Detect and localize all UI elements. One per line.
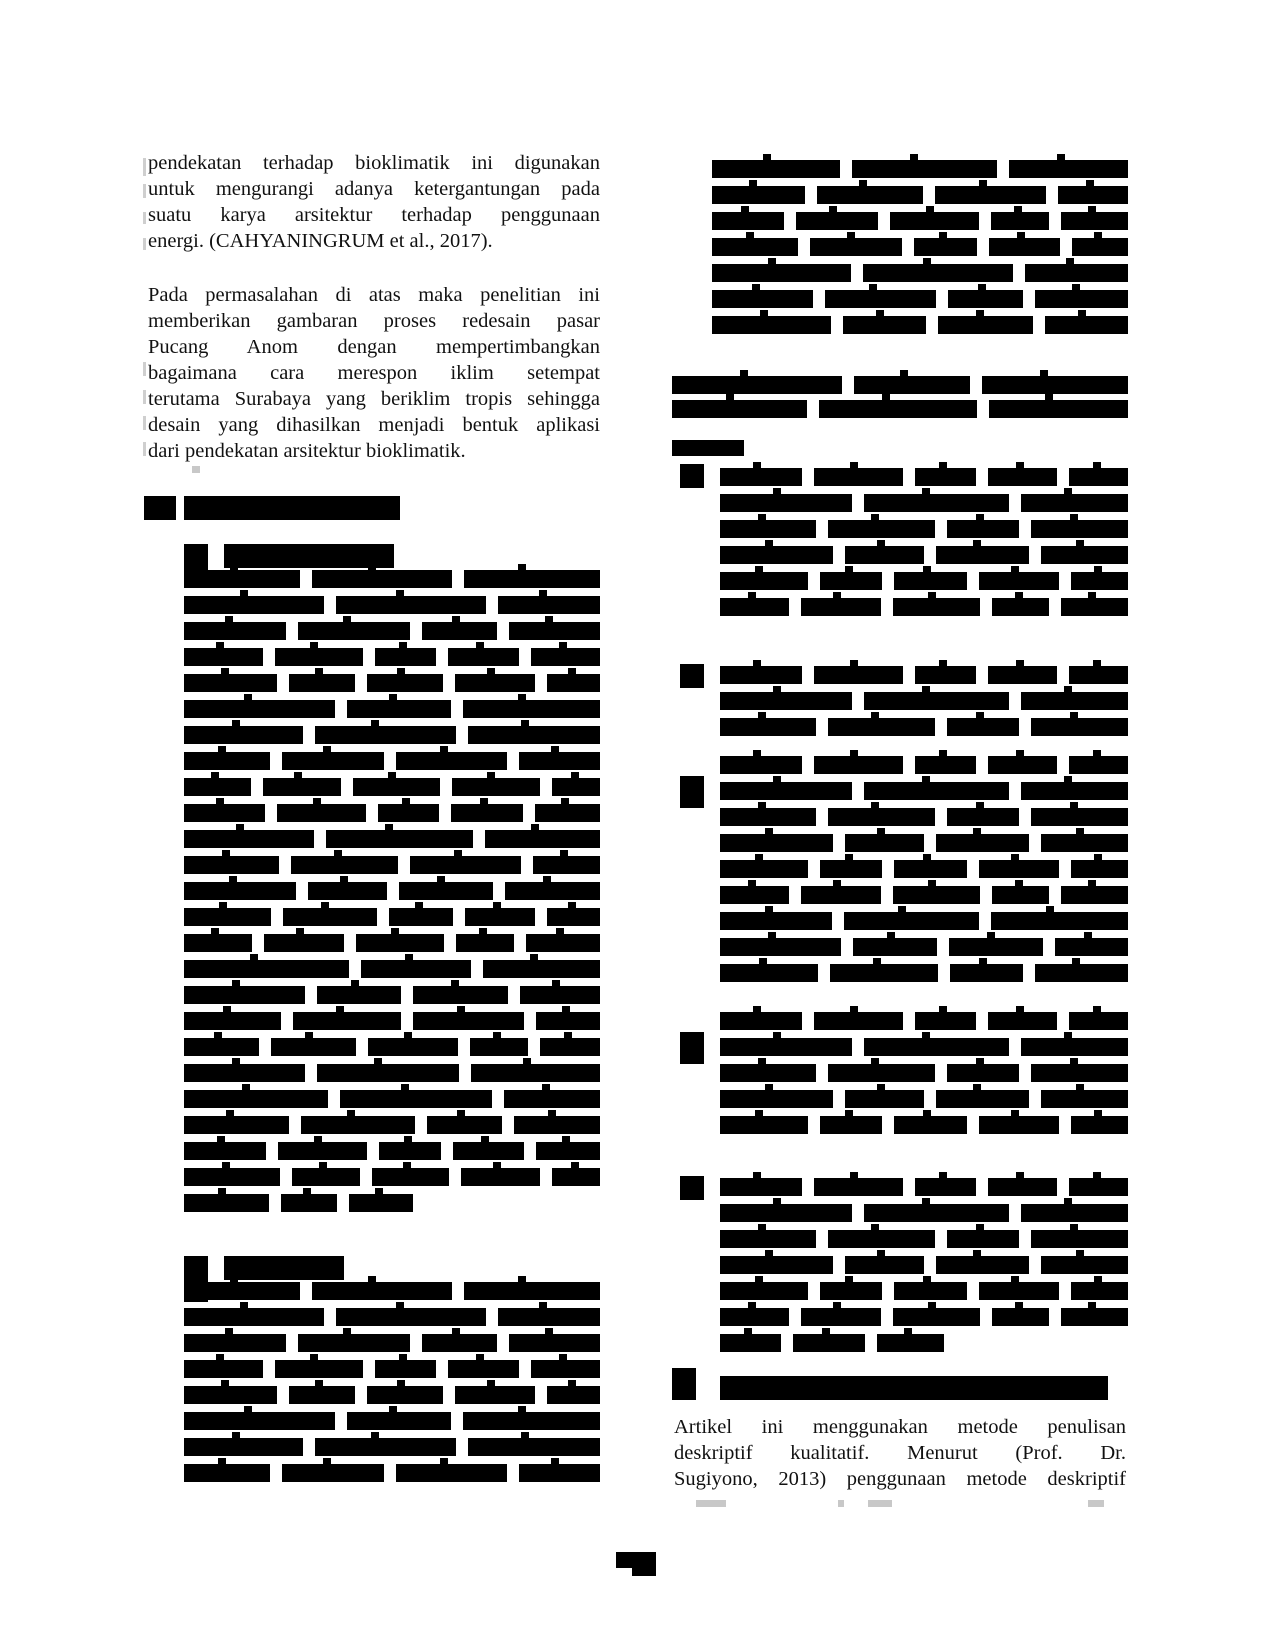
redacted-glyph-tick [973, 1084, 981, 1090]
redacted-glyph-tick [521, 720, 529, 726]
redacted-glyph-tick [1088, 880, 1096, 886]
redacted-glyph-tick [1064, 686, 1072, 692]
redacted-text-segment [520, 986, 600, 1004]
redacted-glyph-tick [873, 958, 881, 964]
redacted-text-segment [184, 1064, 305, 1082]
redacted-text-segment [814, 1012, 903, 1030]
redacted-glyph-tick [845, 566, 853, 572]
redacted-glyph-tick [850, 660, 858, 666]
redacted-text-segment [347, 700, 451, 718]
redacted-glyph-tick [564, 1032, 572, 1038]
redacted-text-segment [184, 700, 335, 718]
redacted-glyph-tick [1064, 488, 1072, 494]
redacted-glyph-tick [765, 828, 773, 834]
redacted-text-segment [552, 1168, 600, 1186]
redacted-glyph-tick [401, 1084, 409, 1090]
redacted-text-segment [184, 1464, 270, 1482]
text-line: dari pendekatan arsitektur bioklimatik. [148, 438, 600, 464]
redacted-text-segment [1055, 938, 1128, 956]
redacted-glyph-tick [1094, 1110, 1102, 1116]
redacted-text-segment [914, 238, 977, 256]
redacted-glyph-tick [1094, 854, 1102, 860]
redacted-glyph-tick [211, 928, 219, 934]
redacted-text-segment [461, 1168, 540, 1186]
redacted-glyph-tick [987, 932, 995, 938]
redacted-text-segment [289, 1386, 355, 1404]
redacted-glyph-tick [973, 540, 981, 546]
redacted-glyph-tick [1084, 932, 1092, 938]
redacted-glyph-tick [405, 954, 413, 960]
redacted-text-segment [950, 964, 1023, 982]
redacted-glyph-tick [755, 1110, 763, 1116]
redacted-glyph-tick [388, 772, 396, 778]
redacted-glyph-tick [397, 1380, 405, 1386]
redacted-text-segment [531, 648, 600, 666]
redacted-glyph-tick [979, 958, 987, 964]
redacted-glyph-tick [523, 1058, 531, 1064]
redacted-glyph-tick [871, 1224, 879, 1230]
redacted-text-segment [283, 908, 377, 926]
redacted-text-segment [894, 1116, 967, 1134]
redacted-text-segment [399, 882, 493, 900]
redacted-glyph-tick [404, 1136, 412, 1142]
redacted-glyph-tick [829, 206, 837, 212]
redacted-text-segment [864, 782, 1009, 800]
left-column: pendekatan terhadap bioklimatik ini digu… [148, 150, 600, 254]
redacted-glyph-tick [229, 876, 237, 882]
redacted-glyph-tick [480, 798, 488, 804]
redacted-text-segment [1071, 572, 1128, 590]
redacted-text-segment [317, 986, 401, 1004]
redacted-glyph-tick [368, 564, 376, 570]
redacted-glyph-tick [305, 1032, 313, 1038]
redacted-text-segment [1061, 598, 1128, 616]
redacted-glyph-tick [923, 258, 931, 264]
redacted-glyph-tick [922, 776, 930, 782]
redacted-text-segment [396, 1464, 507, 1482]
redacted-text-segment [893, 598, 980, 616]
redacted-text-segment [992, 886, 1049, 904]
redacted-text-segment [1021, 782, 1128, 800]
redacted-text-segment [820, 860, 882, 878]
redacted-text-segment [547, 674, 600, 692]
change-bar [143, 416, 146, 430]
redacted-text-segment [536, 1012, 600, 1030]
redacted-text-segment [184, 596, 324, 614]
redacted-text-segment [720, 886, 789, 904]
redacted-text-segment [278, 1142, 367, 1160]
redacted-text-segment [509, 622, 600, 640]
redacted-text-segment [455, 1386, 535, 1404]
redacted-text-segment [367, 674, 443, 692]
redacted-glyph-tick [976, 802, 984, 808]
redacted-text-segment [796, 212, 878, 230]
redacted-text-segment [988, 1178, 1057, 1196]
redacted-text-segment [1069, 1012, 1128, 1030]
redacted-text-segment [356, 934, 444, 952]
redacted-text-segment [552, 778, 600, 796]
left-column-paragraph-2: Pada permasalahan di atas maka penelitia… [148, 282, 600, 464]
redacted-text-segment [801, 886, 881, 904]
redacted-text-segment [843, 316, 926, 334]
redacted-text-segment [1072, 238, 1128, 256]
redacted-glyph-tick [562, 1006, 570, 1012]
redacted-glyph-tick [1016, 1172, 1024, 1178]
redacted-text-segment [315, 726, 456, 744]
redacted-text-segment [464, 570, 600, 588]
redacted-glyph-tick [391, 928, 399, 934]
redacted-text-segment [452, 778, 540, 796]
research-scope-paragraph: Pada permasalahan di atas maka penelitia… [148, 282, 600, 464]
redacted-glyph-tick [882, 394, 890, 400]
redacted-text-segment [448, 1360, 519, 1378]
redacted-text-segment [291, 856, 398, 874]
redacted-text-segment [1021, 692, 1128, 710]
redacted-text-segment [720, 598, 789, 616]
section-title-redacted [720, 1376, 1108, 1400]
redacted-text-segment [465, 908, 535, 926]
redacted-text-segment [378, 804, 439, 822]
redacted-glyph-tick [773, 776, 781, 782]
redacted-text-segment [720, 520, 816, 538]
redacted-text-segment [184, 856, 279, 874]
redacted-glyph-tick [758, 514, 766, 520]
redacted-text-segment [317, 1064, 459, 1082]
redacted-glyph-tick [571, 1162, 579, 1168]
redacted-glyph-tick [321, 902, 329, 908]
redacted-text-segment [375, 648, 436, 666]
redacted-glyph-tick [1017, 232, 1025, 238]
text-line: Sugiyono, 2013) penggunaan metode deskri… [674, 1466, 1126, 1492]
redacted-glyph-tick [877, 1084, 885, 1090]
redacted-text-segment [184, 1308, 324, 1326]
redacted-text-segment [547, 908, 600, 926]
redacted-text-segment [992, 1308, 1049, 1326]
redacted-glyph-tick [748, 1302, 756, 1308]
redacted-glyph-tick [230, 564, 238, 570]
redacted-text-segment [184, 1194, 269, 1212]
redacted-glyph-tick [310, 642, 318, 648]
redacted-glyph-tick [385, 824, 393, 830]
redacted-text-segment [396, 752, 507, 770]
redacted-glyph-tick [976, 712, 984, 718]
redacted-glyph-tick [518, 1276, 526, 1282]
redacted-text-segment [367, 1386, 443, 1404]
redacted-glyph-tick [404, 1032, 412, 1038]
redacted-text-segment [312, 570, 452, 588]
redacted-glyph-tick [845, 854, 853, 860]
redacted-text-segment [308, 882, 387, 900]
redacted-glyph-tick [976, 1224, 984, 1230]
redacted-glyph-tick [457, 1006, 465, 1012]
redacted-text-segment [720, 692, 852, 710]
redacted-text-segment [336, 596, 486, 614]
redacted-text-segment [720, 1282, 808, 1300]
redacted-glyph-tick [1093, 660, 1101, 666]
redacted-glyph-tick [976, 514, 984, 520]
text-line: memberikan gambaran proses redesain pasa… [148, 308, 600, 334]
redacted-text-segment [988, 1012, 1057, 1030]
redacted-text-segment [1041, 834, 1128, 852]
redacted-glyph-tick [545, 616, 553, 622]
redacted-text-segment [184, 934, 252, 952]
redacted-glyph-tick [1076, 1084, 1084, 1090]
change-bar [143, 184, 146, 198]
redacted-text-segment [793, 1334, 865, 1352]
redacted-glyph-tick [340, 876, 348, 882]
redacted-text-segment [915, 1012, 976, 1030]
redacted-text-segment [712, 212, 784, 230]
redacted-glyph-tick [518, 564, 526, 570]
redacted-glyph-tick [303, 1188, 311, 1194]
redacted-glyph-tick [768, 932, 776, 938]
redacted-glyph-tick [560, 850, 568, 856]
redacted-text-segment [712, 264, 851, 282]
redacted-text-segment [814, 666, 903, 684]
redacted-glyph-tick [1070, 1224, 1078, 1230]
redacted-text-segment [184, 1412, 335, 1430]
redacted-glyph-tick [845, 1110, 853, 1116]
redacted-text-segment [410, 856, 521, 874]
redacted-text-segment [852, 160, 997, 178]
redacted-glyph-tick [749, 180, 757, 186]
redacted-glyph-tick [753, 750, 761, 756]
change-bar [143, 158, 146, 176]
redacted-text-segment [720, 964, 818, 982]
redacted-glyph-tick [922, 686, 930, 692]
redacted-glyph-tick [976, 1058, 984, 1064]
redacted-glyph-tick [1076, 828, 1084, 834]
redacted-glyph-tick [351, 980, 359, 986]
redacted-glyph-tick [765, 540, 773, 546]
redacted-glyph-tick [887, 932, 895, 938]
redacted-text-segment [509, 1334, 600, 1352]
redacted-text-segment [712, 238, 798, 256]
redacted-glyph-tick [223, 1006, 231, 1012]
redacted-glyph-tick [531, 824, 539, 830]
redacted-glyph-tick [758, 1224, 766, 1230]
redacted-text-segment [413, 1012, 524, 1030]
redacted-glyph-tick [923, 854, 931, 860]
redacted-text-segment [275, 648, 363, 666]
redacted-text-segment [275, 1360, 363, 1378]
redacted-text-segment [720, 1178, 802, 1196]
redacted-glyph-tick [518, 694, 526, 700]
redacted-glyph-tick [218, 1188, 226, 1194]
redacted-glyph-tick [939, 232, 947, 238]
redacted-text-segment [422, 1334, 497, 1352]
redacted-text-segment [1021, 1204, 1128, 1222]
redacted-glyph-tick [1040, 370, 1048, 376]
redacted-glyph-tick [1015, 1302, 1023, 1308]
redacted-glyph-tick [242, 1084, 250, 1090]
redacted-glyph-tick [978, 284, 986, 290]
redacted-glyph-tick [1070, 712, 1078, 718]
redacted-glyph-tick [877, 1250, 885, 1256]
redacted-glyph-tick [1088, 206, 1096, 212]
redacted-glyph-tick [922, 1032, 930, 1038]
redacted-text-segment [814, 1178, 903, 1196]
redacted-text-segment [915, 756, 976, 774]
redacted-text-segment [1045, 316, 1128, 334]
redacted-glyph-tick [457, 1110, 465, 1116]
redacted-text-segment [819, 400, 977, 418]
redacted-glyph-tick [396, 590, 404, 596]
redacted-glyph-tick [926, 206, 934, 212]
redacted-glyph-tick [910, 154, 918, 160]
redacted-glyph-tick [1016, 1006, 1024, 1012]
redacted-text-segment [720, 718, 816, 736]
redacted-glyph-tick [454, 850, 462, 856]
redacted-text-segment [463, 700, 600, 718]
redacted-text-segment [992, 598, 1049, 616]
redacted-text-segment [1031, 718, 1128, 736]
redacted-text-segment [894, 1282, 967, 1300]
redacted-text-segment [1071, 1282, 1128, 1300]
redacted-text-segment [712, 186, 805, 204]
redacted-glyph-tick [876, 310, 884, 316]
redacted-glyph-tick [1066, 258, 1074, 264]
redacted-glyph-tick [765, 906, 773, 912]
redacted-text-segment [389, 908, 453, 926]
redacted-glyph-tick [240, 1302, 248, 1308]
redacted-glyph-tick [900, 370, 908, 376]
redacted-glyph-tick [1088, 1302, 1096, 1308]
redacted-glyph-tick [562, 1136, 570, 1142]
redacted-text-segment [810, 238, 902, 256]
redacted-text-segment [938, 316, 1033, 334]
redacted-glyph-tick [753, 660, 761, 666]
redacted-text-segment [720, 1090, 833, 1108]
redacted-glyph-tick [1070, 514, 1078, 520]
redacted-text-segment [935, 186, 1046, 204]
redacted-glyph-tick [1057, 154, 1065, 160]
redacted-glyph-tick [481, 1136, 489, 1142]
redacted-glyph-tick [752, 284, 760, 290]
redacted-glyph-tick [222, 850, 230, 856]
redacted-glyph-tick [1011, 1276, 1019, 1282]
redacted-text-segment [720, 808, 816, 826]
redacted-text-segment [864, 494, 1009, 512]
redacted-text-segment [455, 674, 535, 692]
redacted-text-segment [915, 666, 976, 684]
redacted-text-segment [448, 648, 519, 666]
redacted-text-segment [988, 468, 1057, 486]
redacted-glyph-tick [493, 1162, 501, 1168]
redacted-text-segment [471, 1064, 600, 1082]
text-line: energi. (CAHYANINGRUM et al., 2017). [148, 228, 600, 254]
redacted-text-segment [427, 1116, 502, 1134]
text-line: deskriptif kualitatif. Menurut (Prof. Dr… [674, 1440, 1126, 1466]
redacted-text-segment [720, 1038, 852, 1056]
redacted-glyph-tick [877, 540, 885, 546]
redacted-text-segment [982, 376, 1128, 394]
redacted-text-segment [375, 1360, 436, 1378]
redacted-text-segment [712, 290, 813, 308]
redacted-text-segment [531, 1360, 600, 1378]
redacted-text-segment [184, 570, 300, 588]
redacted-glyph-tick [1094, 566, 1102, 572]
redacted-glyph-tick [748, 880, 756, 886]
redacted-text-segment [464, 1282, 600, 1300]
redacted-glyph-tick [452, 1328, 460, 1334]
redacted-heading-tail [672, 440, 744, 456]
redacted-glyph-tick [923, 1276, 931, 1282]
redacted-text-segment [936, 546, 1029, 564]
redacted-text-segment [720, 1064, 816, 1082]
redacted-text-segment [353, 778, 440, 796]
redacted-text-segment [712, 316, 831, 334]
redacted-text-segment [828, 1064, 935, 1082]
redacted-glyph-tick [765, 1084, 773, 1090]
redacted-text-segment [1021, 494, 1128, 512]
redacted-glyph-tick [216, 798, 224, 804]
redacted-glyph-tick [479, 928, 487, 934]
redacted-glyph-tick [319, 1162, 327, 1168]
redacted-glyph-tick [773, 686, 781, 692]
redacted-glyph-tick [542, 1084, 550, 1090]
redacted-text-segment [1069, 666, 1128, 684]
text-line: desain yang dihasilkan menjadi bentuk ap… [148, 412, 600, 438]
redacted-glyph-tick [1016, 462, 1024, 468]
redacted-glyph-tick [1086, 180, 1094, 186]
redacted-glyph-tick [765, 1250, 773, 1256]
redacted-text-segment [864, 692, 1009, 710]
redacted-glyph-tick [232, 1432, 240, 1438]
redacted-glyph-tick [928, 592, 936, 598]
redacted-glyph-tick [904, 1328, 912, 1334]
redacted-glyph-tick [476, 1354, 484, 1360]
redacted-glyph-tick [313, 798, 321, 804]
redacted-text-segment [1009, 160, 1128, 178]
redacted-glyph-tick [758, 802, 766, 808]
text-cursor-marker [868, 1500, 892, 1507]
redacted-text-segment [184, 1090, 328, 1108]
redacted-glyph-tick [389, 694, 397, 700]
redacted-glyph-tick [415, 902, 423, 908]
redacted-glyph-tick [833, 1302, 841, 1308]
redacted-text-segment [263, 778, 341, 796]
redacted-text-segment [720, 1116, 808, 1134]
redacted-text-segment [1021, 1038, 1128, 1056]
redacted-text-segment [504, 1090, 600, 1108]
redacted-text-segment [535, 804, 600, 822]
text-line: bagaimana cara merespon iklim setempat [148, 360, 600, 386]
redacted-text-segment [828, 520, 935, 538]
redacted-glyph-tick [374, 1058, 382, 1064]
redacted-text-segment [814, 468, 903, 486]
redacted-text-segment [184, 804, 265, 822]
redacted-glyph-tick [1045, 394, 1053, 400]
redacted-text-segment [720, 666, 802, 684]
text-cursor-marker [1088, 1500, 1104, 1507]
redacted-glyph-tick [296, 928, 304, 934]
redacted-text-segment [184, 1334, 286, 1352]
redacted-text-segment [801, 1308, 881, 1326]
redacted-glyph-tick [219, 902, 227, 908]
redacted-glyph-tick [760, 310, 768, 316]
redacted-glyph-tick [1064, 1032, 1072, 1038]
redacted-text-segment [672, 400, 807, 418]
redacted-glyph-tick [545, 1328, 553, 1334]
redacted-glyph-tick [759, 958, 767, 964]
redacted-text-segment [915, 468, 976, 486]
redacted-text-segment [720, 938, 841, 956]
redacted-text-segment [519, 752, 600, 770]
redacted-glyph-tick [315, 1380, 323, 1386]
redacted-text-segment [712, 160, 840, 178]
redacted-glyph-tick [244, 694, 252, 700]
